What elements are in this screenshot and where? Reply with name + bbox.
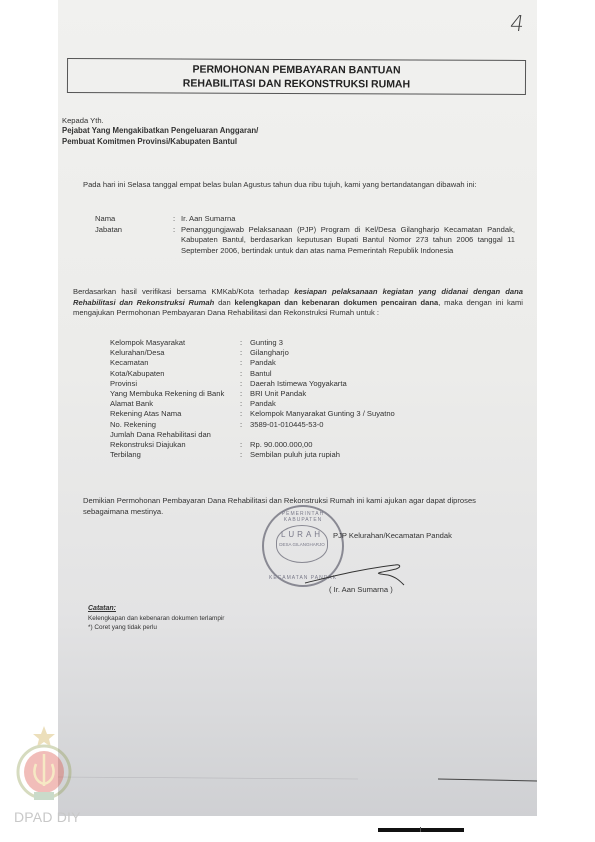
detail-row: Terbilang:Sembilan puluh juta rupiah	[110, 450, 430, 460]
detail-row: Yang Membuka Rekening di Bank:BRI Unit P…	[110, 389, 430, 399]
detail-label: Rekonstruksi Diajukan	[110, 440, 186, 449]
position-label: Jabatan	[95, 225, 122, 234]
stamp-center-line-2: DESA GILANGHARJO	[277, 540, 327, 550]
signatory-name: ( Ir. Aan Sumarna )	[329, 585, 393, 596]
detail-value: Sembilan puluh juta rupiah	[250, 450, 340, 459]
title-line-2: REHABILITASI DAN REKONSTRUKSI RUMAH	[68, 76, 525, 92]
paper-crease	[58, 776, 537, 782]
detail-row: Provinsi:Daerah Istimewa Yogyakarta	[110, 379, 430, 389]
notes-heading: Catatan:	[88, 604, 116, 615]
stamp-center-line-1: LURAH	[277, 530, 327, 540]
basis-paragraph: Berdasarkan hasil verifikasi bersama KMK…	[73, 287, 523, 319]
detail-label: Yang Membuka Rekening di Bank	[110, 389, 224, 398]
detail-label: Terbilang	[110, 450, 141, 459]
addressee-line-1: Pejabat Yang Mengakibatkan Pengeluaran A…	[62, 126, 258, 137]
opening-paragraph: Pada hari ini Selasa tanggal empat belas…	[83, 180, 523, 191]
detail-row: No. Rekening:3589-01-010445-53-0	[110, 420, 430, 430]
detail-label: Rekening Atas Nama	[110, 409, 181, 418]
colon: :	[173, 225, 175, 234]
name-value: Ir. Aan Sumarna	[181, 214, 515, 224]
payment-details-table: Kelompok Masyarakat:Gunting 3Kelurahan/D…	[110, 338, 430, 460]
colon: :	[240, 409, 242, 418]
detail-value: Kelompok Manyarakat Gunting 3 / Suyatno	[250, 409, 395, 418]
basis-text-2: dan	[214, 298, 234, 307]
colon: :	[240, 379, 242, 388]
colon: :	[240, 369, 242, 378]
footer-bar-tick	[420, 827, 421, 832]
emblem-logo-icon	[14, 724, 74, 804]
detail-value: Gunting 3	[250, 338, 283, 347]
detail-label: Alamat Bank	[110, 399, 153, 408]
detail-value: Bantul	[250, 369, 272, 378]
detail-label: Kecamatan	[110, 358, 148, 367]
stamp-top-text: PEMERINTAH KABUPATEN	[264, 511, 342, 523]
colon: :	[240, 348, 242, 357]
detail-label: Kelurahan/Desa	[110, 348, 164, 357]
detail-value: Rp. 90.000.000,00	[250, 440, 313, 449]
basis-emphasis-2: kelengkapan dan kebenaran dokumen pencai…	[235, 298, 439, 307]
detail-row: Kelompok Masyarakat:Gunting 3	[110, 338, 430, 348]
addressee-line-2: Pembuat Komitmen Provinsi/Kabupaten Bant…	[62, 137, 237, 148]
detail-row: Rekening Atas Nama:Kelompok Manyarakat G…	[110, 409, 430, 419]
colon: :	[240, 389, 242, 398]
detail-value: 3589-01-010445-53-0	[250, 420, 323, 429]
detail-label: Jumlah Dana Rehabilitasi dan	[110, 430, 211, 439]
identity-block: Nama : Ir. Aan Sumarna Jabatan : Penangg…	[95, 214, 515, 256]
detail-label: Provinsi	[110, 379, 137, 388]
basis-text-1: Berdasarkan hasil verifikasi bersama KMK…	[73, 287, 294, 296]
detail-row: Kecamatan:Pandak	[110, 358, 430, 368]
detail-value: Daerah Istimewa Yogyakarta	[250, 379, 347, 388]
detail-row: Kelurahan/Desa:Gilangharjo	[110, 348, 430, 358]
detail-row: Kota/Kabupaten:Bantul	[110, 369, 430, 379]
detail-label: No. Rekening	[110, 420, 156, 429]
detail-value: Pandak	[250, 399, 276, 408]
colon: :	[240, 399, 242, 408]
document-title-box: PERMOHONAN PEMBAYARAN BANTUAN REHABILITA…	[67, 58, 526, 95]
watermark-text: DPAD DIY	[14, 809, 81, 825]
detail-row: Alamat Bank:Pandak	[110, 399, 430, 409]
salutation: Kepada Yth.	[62, 116, 104, 127]
colon: :	[240, 450, 242, 459]
name-label: Nama	[95, 214, 115, 223]
detail-label: Kelompok Masyarakat	[110, 338, 185, 347]
footer-bar	[378, 828, 464, 832]
detail-value: Gilangharjo	[250, 348, 289, 357]
colon: :	[240, 440, 242, 449]
detail-value: BRI Unit Pandak	[250, 389, 306, 398]
colon: :	[240, 420, 242, 429]
notes-line-2: *) Coret yang tidak perlu	[88, 623, 157, 634]
colon: :	[240, 338, 242, 347]
colon: :	[173, 214, 175, 223]
detail-label: Kota/Kabupaten	[110, 369, 164, 378]
colon: :	[240, 358, 242, 367]
signatory-role: PJP Kelurahan/Kecamatan Pandak	[333, 531, 452, 542]
position-value: Penanggungjawab Pelaksanaan (PJP) Progra…	[181, 225, 515, 256]
detail-row: Rekonstruksi Diajukan:Rp. 90.000.000,00	[110, 440, 430, 450]
detail-row: Jumlah Dana Rehabilitasi dan	[110, 430, 430, 440]
detail-value: Pandak	[250, 358, 276, 367]
